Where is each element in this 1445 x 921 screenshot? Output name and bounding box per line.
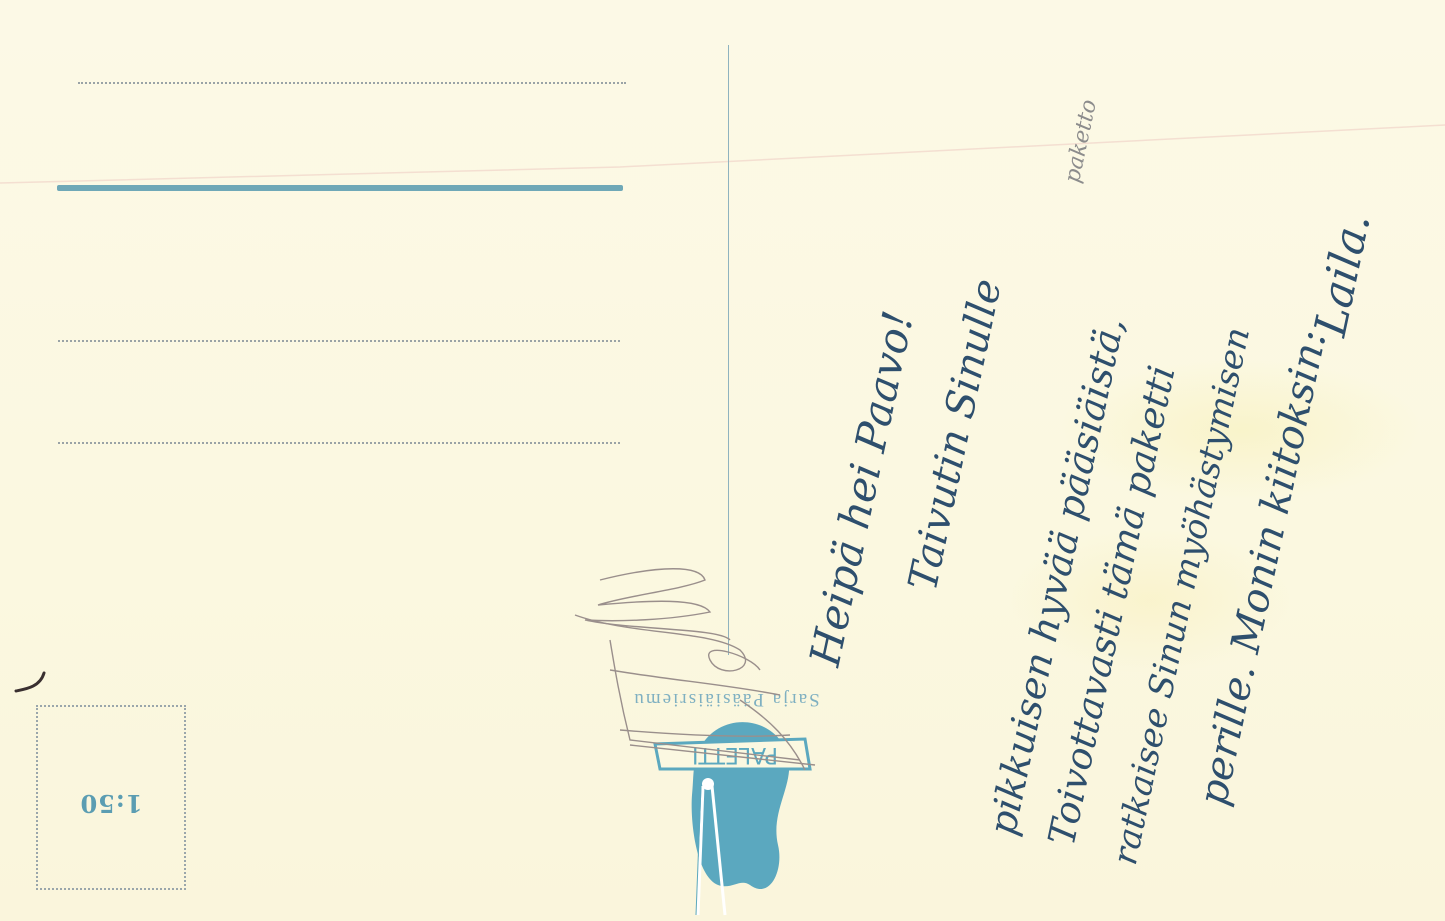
ink-mark bbox=[10, 665, 50, 695]
pencil-note: paketto bbox=[1060, 97, 1102, 185]
message-line-7: Laila. bbox=[1305, 209, 1381, 341]
postcard-back: 1:50 PALETTI Sarja Pääsiäisriemu Heipä h… bbox=[0, 0, 1445, 921]
address-line-3 bbox=[58, 442, 620, 444]
address-line-2 bbox=[58, 340, 620, 342]
address-divider-bar bbox=[57, 185, 623, 191]
handwritten-message: Heipä hei Paavo! Taivutin Sinulle pikkui… bbox=[760, 40, 1400, 900]
stamp-box: 1:50 bbox=[36, 705, 186, 890]
stamp-price: 1:50 bbox=[38, 789, 184, 818]
message-line-1: Heipä hei Paavo! bbox=[800, 307, 923, 671]
address-line-1 bbox=[78, 82, 626, 84]
